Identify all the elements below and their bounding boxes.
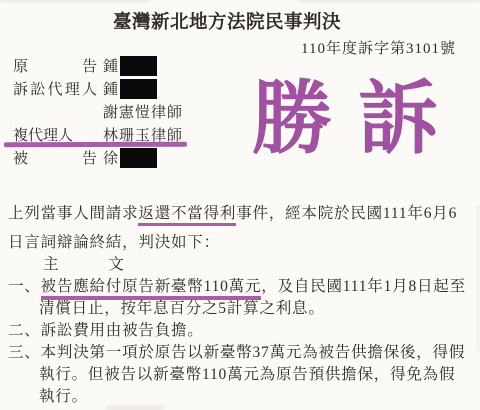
judgment-body: 上列當事人間請求返還不當得利事件，經本院於民國111年6月6 日言詞辯論終結，判… <box>8 203 474 408</box>
holding-item-3-line-3: 執行。 <box>8 386 474 408</box>
party-name: 徐 <box>103 148 119 171</box>
redaction-box <box>120 148 157 168</box>
intro-line-2: 日言詞辯論終結，判決如下： <box>8 232 474 254</box>
holding-text: ，及自民國111年1月8日起至 <box>261 278 466 295</box>
intro-text: 上列當事人間請求 <box>8 205 138 222</box>
case-number: 110年度訴字第3101號 <box>301 37 456 58</box>
court-judgment-title: 臺灣新北地方法院民事判決 <box>0 8 454 34</box>
intro-text: 事件，經本院於民國111年6月6 <box>236 205 457 222</box>
purple-underlined-phrase-unjust-enrichment: 返還不當得利 <box>138 205 236 226</box>
purple-highlight-underline-sub-agent <box>4 142 187 147</box>
holding-text: 訴訟費用由被告負擔。 <box>41 322 204 339</box>
party-name: 鍾 <box>103 56 119 79</box>
holding-item-2: 二、訴訟費用由被告負擔。 <box>8 320 474 342</box>
item-number: 二、 <box>8 322 41 339</box>
redaction-box <box>120 56 157 76</box>
judgment-document-page: 臺灣新北地方法院民事判決 110年度訴字第3101號 原告鍾 訴訟代理人鍾 謝憲… <box>0 0 480 410</box>
holding-item-3-line-1: 三、本判決第一項於原告以新臺幣37萬元為被告供擔保後，得假 <box>8 342 474 364</box>
holding-item-3-line-2: 執行。但被告以新臺幣110萬元為原告預供擔保，得免為假 <box>8 364 474 386</box>
scan-artifact-top-left <box>0 0 150 2</box>
party-name: 謝憲愷律師 <box>103 102 183 125</box>
main-text-heading: 主 文 <box>8 254 474 276</box>
intro-line-1: 上列當事人間請求返還不當得利事件，經本院於民國111年6月6 <box>8 203 474 225</box>
party-row-plaintiff: 原告鍾 <box>13 56 183 79</box>
scan-artifact-top-right <box>298 0 480 2</box>
party-row-agent-2: 謝憲愷律師 <box>13 102 183 125</box>
holding-item-1-line-2: 清償日止，按年息百分之5計算之利息。 <box>8 298 474 320</box>
item-number: 三、 <box>8 344 41 361</box>
party-role-label: 被告 <box>13 148 97 171</box>
holding-text: 本判決第一項於原告以新臺幣37萬元為被告供擔保後，得假 <box>41 344 466 361</box>
holding-item-1-line-1: 一、被告應給付原告新臺幣110萬元，及自民國111年1月8日起至 <box>8 276 474 298</box>
victory-stamp: 勝訴 <box>252 76 464 164</box>
party-role-label: 訴訟代理人 <box>13 79 97 102</box>
party-role-label: 原告 <box>13 56 97 79</box>
scan-artifact-right-edge <box>477 205 479 350</box>
party-name: 鍾 <box>103 79 119 102</box>
purple-underlined-phrase-payment-amount: 被告應給付原告新臺幣110萬元 <box>41 278 262 300</box>
party-row-litigation-agent: 訴訟代理人鍾 <box>13 79 183 102</box>
parties-block: 原告鍾 訴訟代理人鍾 謝憲愷律師 複代理人林珊玉律師 被告徐 <box>13 56 183 171</box>
item-number: 一、 <box>8 278 41 295</box>
party-row-defendant: 被告徐 <box>13 148 183 171</box>
redaction-box <box>120 79 157 99</box>
